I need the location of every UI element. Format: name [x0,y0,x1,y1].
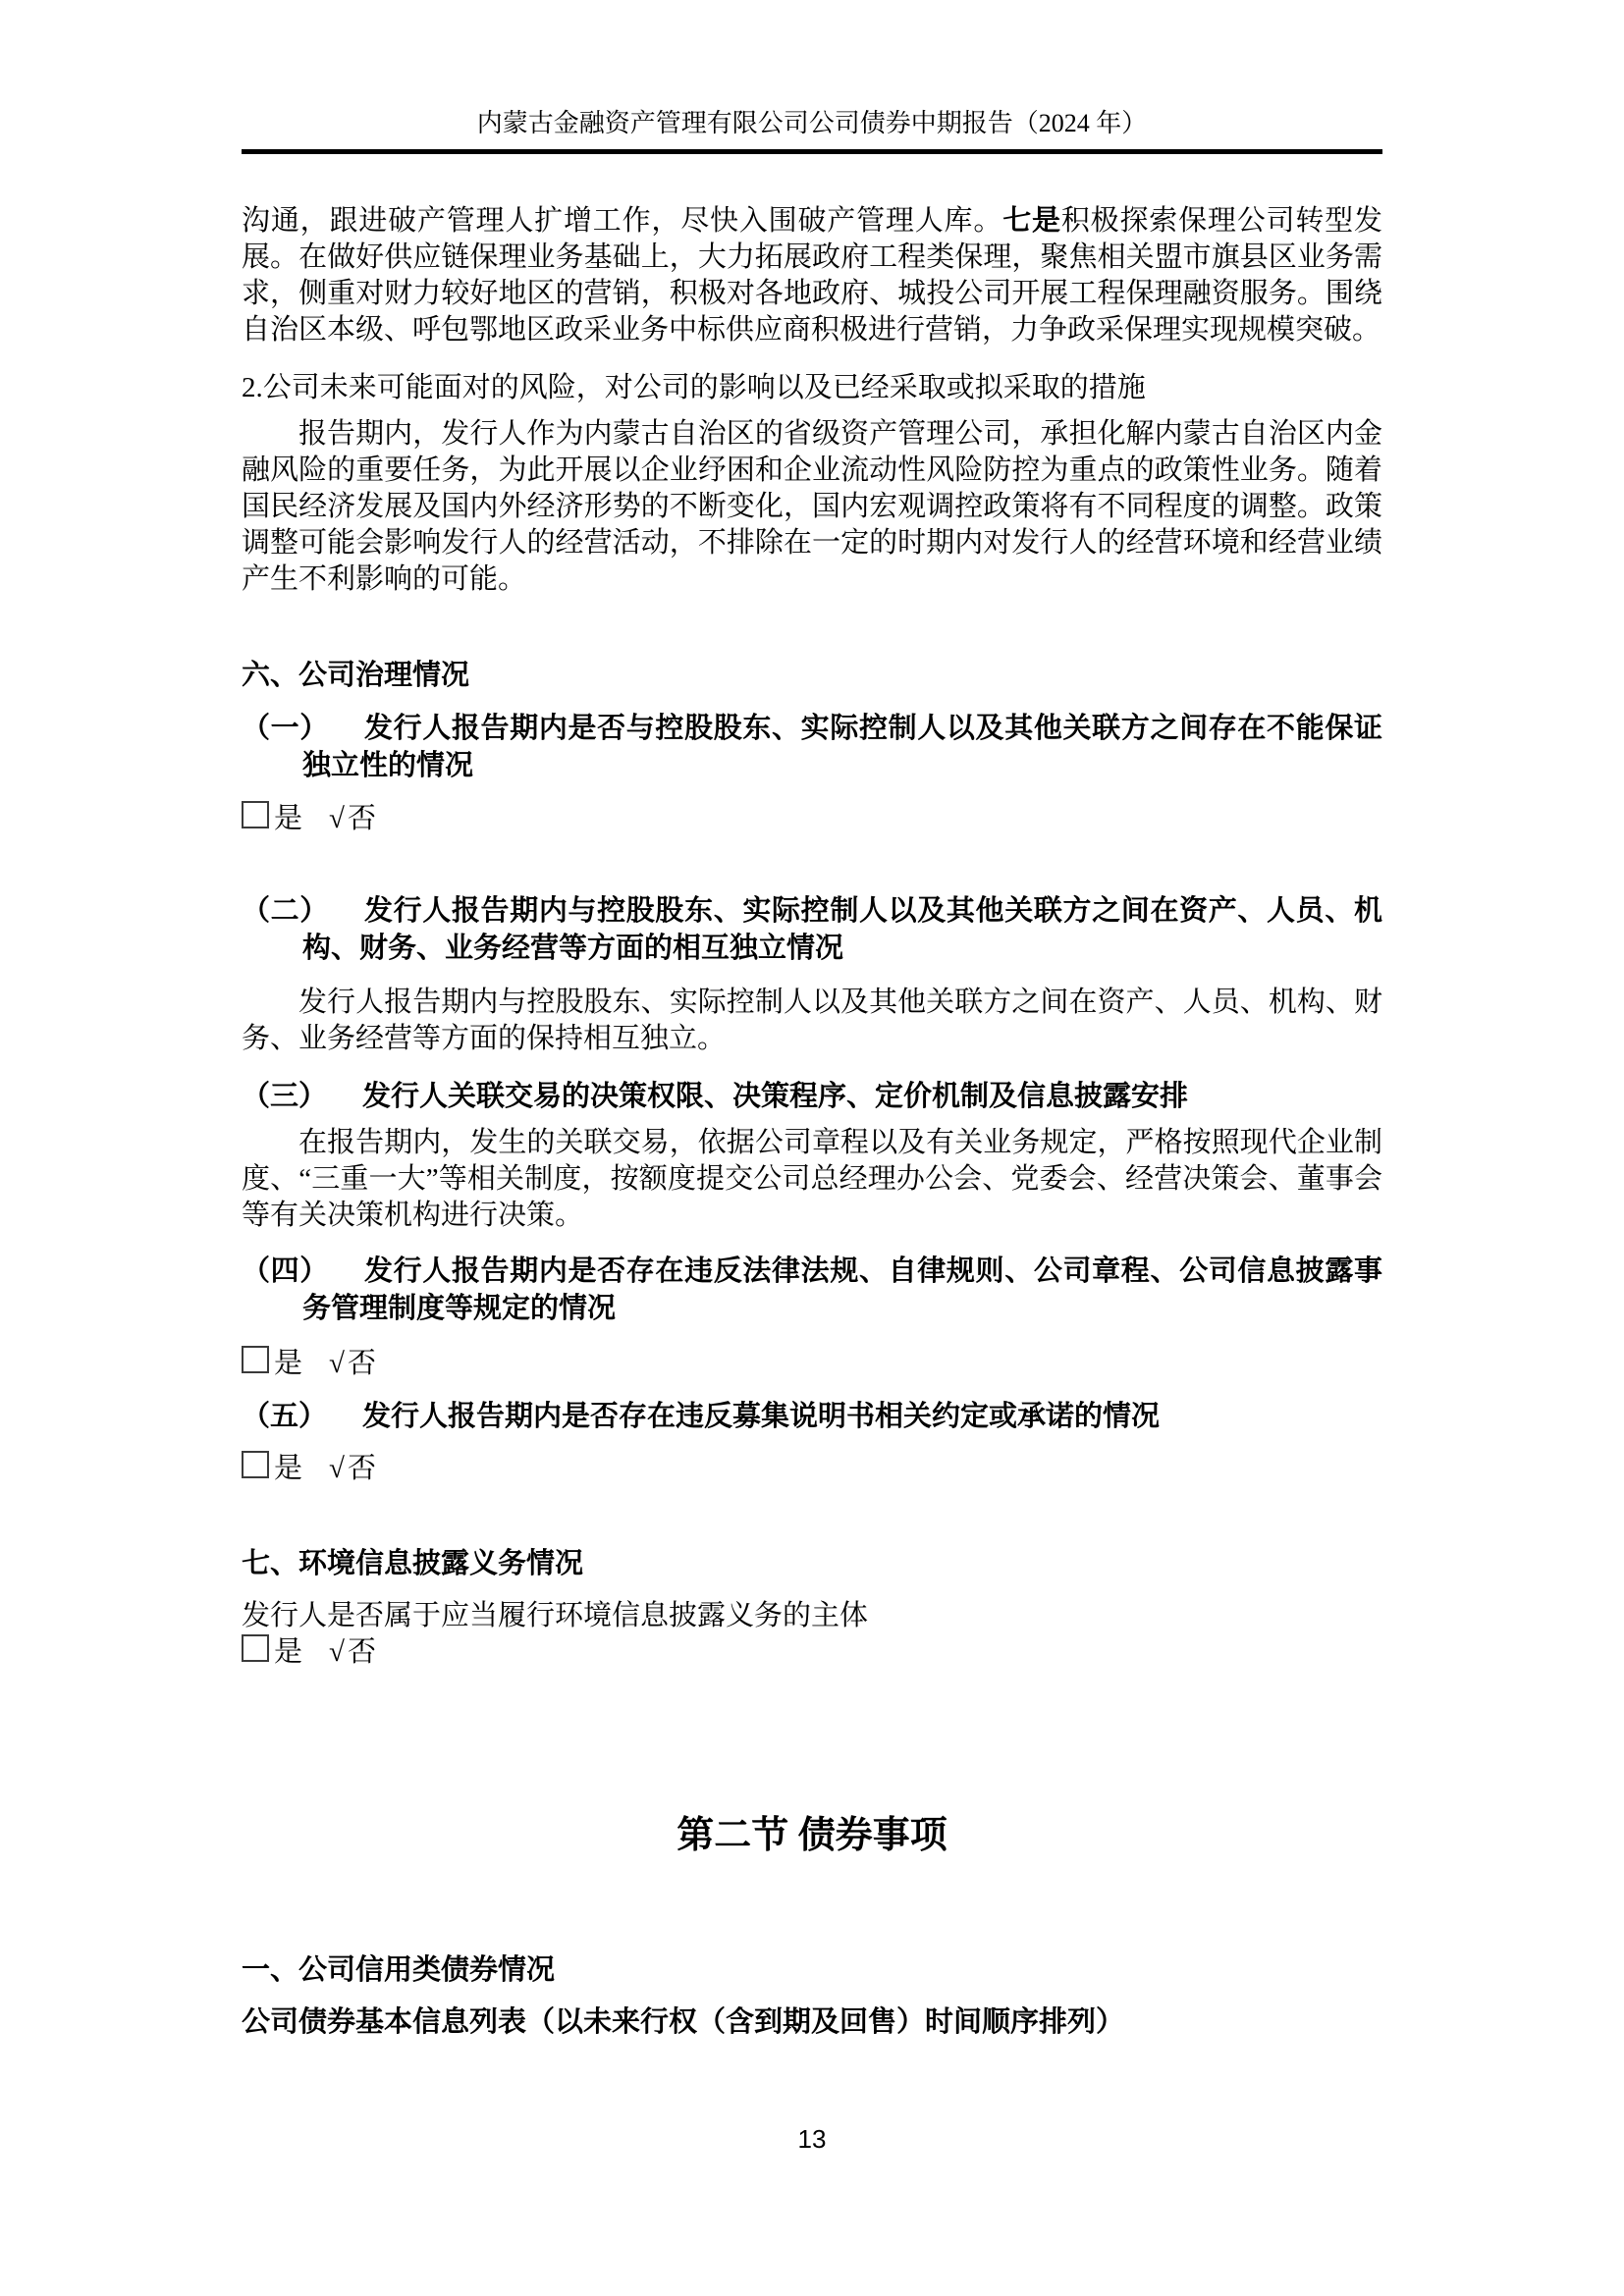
yes-label: 是 [274,1636,302,1668]
no-label: 否 [348,1636,376,1668]
page-number: 13 [798,2124,827,2154]
no-label: 否 [348,1348,376,1379]
bond-section-heading: 一、公司信用类债券情况 [242,1951,1382,1989]
item-heading-text: 发行人报告期内与控股股东、实际控制人以及其他关联方之间在资产、人员、机构、财务、… [302,895,1382,964]
item-number: （五） [242,1401,327,1432]
yes-no-checkbox-row: 是√否 [242,801,1382,837]
no-label: 否 [348,1453,376,1484]
no-label: 否 [348,803,376,834]
item-number: （三） [242,1081,327,1112]
page-header-title: 内蒙古金融资产管理有限公司公司债券中期报告（2024 年） [0,108,1624,140]
empty-checkbox-icon [242,1346,269,1373]
paragraph-bold-text: 七是 [1002,205,1061,237]
item-heading-text: 发行人报告期内是否与控股股东、实际控制人以及其他关联方之间存在不能保证独立性的情… [302,713,1382,781]
check-mark-icon: √ [329,803,345,834]
part-2-title: 第二节 债券事项 [242,1815,1382,1856]
item-heading-text: 发行人报告期内是否存在违反募集说明书相关约定或承诺的情况 [362,1401,1160,1432]
section-6-title: 六、公司治理情况 [242,657,1382,694]
empty-checkbox-icon [242,1451,269,1478]
section-6-item-2-heading: （二）发行人报告期内与控股股东、实际控制人以及其他关联方之间在资产、人员、机构、… [242,892,1382,967]
section-6-item-5-heading: （五）发行人报告期内是否存在违反募集说明书相关约定或承诺的情况 [242,1398,1382,1435]
section-6-item-1-heading: （一）发行人报告期内是否与控股股东、实际控制人以及其他关联方之间存在不能保证独立… [242,710,1382,784]
item-number: （二） [242,895,329,927]
document-page: 内蒙古金融资产管理有限公司公司债券中期报告（2024 年） 沟通，跟进破产管理人… [0,0,1624,2296]
section-6-item-3-paragraph: 在报告期内，发生的关联交易，依据公司章程以及有关业务规定，严格按照现代企业制度、… [242,1125,1382,1234]
page-header: 内蒙古金融资产管理有限公司公司债券中期报告（2024 年） [0,0,1624,140]
check-mark-icon: √ [329,1348,345,1379]
yes-no-checkbox-row: 是√否 [242,1634,1382,1671]
section-7-paragraph: 发行人是否属于应当履行环境信息披露义务的主体 [242,1598,1382,1634]
section-7-title: 七、环境信息披露义务情况 [242,1545,1382,1582]
empty-checkbox-icon [242,801,269,828]
item-number: （一） [242,713,329,744]
item-heading-text: 发行人关联交易的决策权限、决策程序、定价机制及信息披露安排 [362,1081,1188,1112]
yes-no-checkbox-row: 是√否 [242,1451,1382,1487]
item-number: （四） [242,1255,329,1287]
paragraph-text: 沟通，跟进破产管理人扩增工作，尽快入围破产管理人库。 [242,205,1002,237]
paragraph-continuation: 沟通，跟进破产管理人扩增工作，尽快入围破产管理人库。七是积极探索保理公司转型发展… [242,203,1382,348]
risk-paragraph: 报告期内，发行人作为内蒙古自治区的省级资产管理公司，承担化解内蒙古自治区内金融风… [242,416,1382,598]
yes-label: 是 [274,1453,302,1484]
yes-label: 是 [274,1348,302,1379]
check-mark-icon: √ [329,1453,345,1484]
section-6-item-3-heading: （三）发行人关联交易的决策权限、决策程序、定价机制及信息披露安排 [242,1078,1382,1115]
item-heading-text: 发行人报告期内是否存在违反法律法规、自律规则、公司章程、公司信息披露事务管理制度… [302,1255,1382,1324]
yes-no-checkbox-row: 是√否 [242,1346,1382,1382]
empty-checkbox-icon [242,1634,269,1662]
yes-label: 是 [274,803,302,834]
check-mark-icon: √ [329,1636,345,1668]
bond-list-heading: 公司债券基本信息列表（以未来行权（含到期及回售）时间顺序排列） [242,2003,1382,2041]
page-footer: 13 [0,2124,1624,2155]
section-6-item-4-heading: （四）发行人报告期内是否存在违反法律法规、自律规则、公司章程、公司信息披露事务管… [242,1253,1382,1327]
header-divider [242,149,1382,154]
risk-heading: 2.公司未来可能面对的风险，对公司的影响以及已经采取或拟采取的措施 [242,370,1382,406]
section-6-item-2-paragraph: 发行人报告期内与控股股东、实际控制人以及其他关联方之间在资产、人员、机构、财务、… [242,985,1382,1057]
